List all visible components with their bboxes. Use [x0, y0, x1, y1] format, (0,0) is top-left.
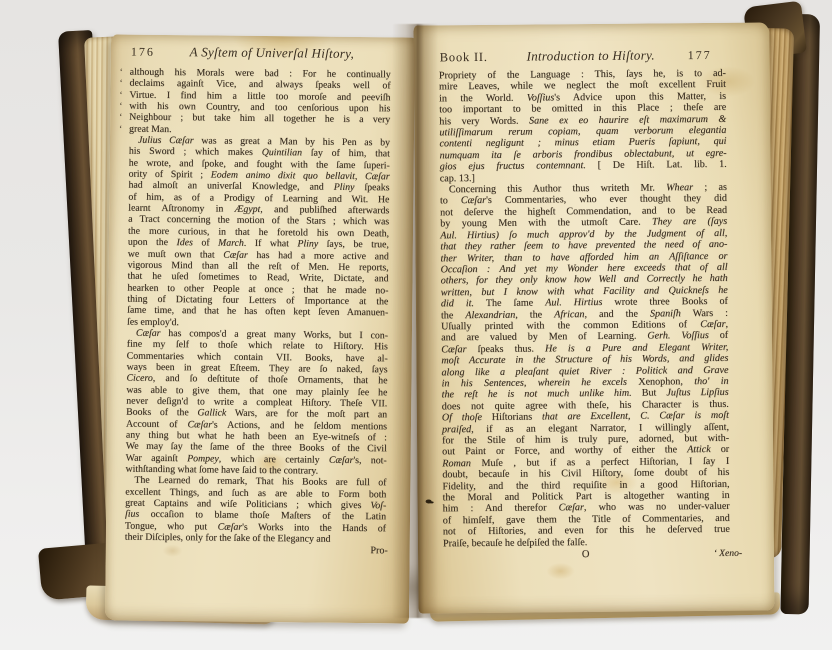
signature-row: O ‘ Xeno- [418, 548, 774, 563]
text-block-right: Propriety of the Language : This, ſays h… [414, 62, 774, 549]
quotation-mark: ‘ [119, 112, 122, 123]
paragraph: Concerning this Author thus writeth Mr. … [440, 182, 730, 549]
right-page-header: Book II. Introduction to Hiſtory. 177 [413, 22, 769, 65]
page-number-left: 176 [131, 45, 155, 60]
paragraph: Propriety of the Language : This, ſays h… [439, 68, 727, 185]
quotation-mark: ‘ [119, 89, 122, 100]
catchword-right: ‘ Xeno- [713, 548, 742, 559]
ink-blot [426, 499, 432, 503]
text-block-left: ‘although his Morals were bad : For he c… [106, 59, 415, 546]
quotation-mark: ‘ [119, 101, 122, 112]
signature-mark: O [582, 549, 590, 560]
quotation-mark: ‘ [120, 67, 123, 78]
quotation-mark: ‘ [120, 78, 123, 89]
paragraph: The Learned do remark, That his Books ar… [125, 475, 387, 546]
paragraph: Cæſar has compos'd a great many Works, b… [125, 328, 388, 478]
running-title-right: Introduction to Hiſtory. [494, 47, 688, 65]
quotation-mark: ‘ [119, 123, 122, 134]
running-title-left: A Syſtem of Univerſal Hiſtory, [155, 44, 389, 62]
right-page: Book II. Introduction to Hiſtory. 177 Pr… [413, 22, 774, 613]
left-page-header: 176 A Syſtem of Univerſal Hiſtory, [111, 34, 415, 62]
book-label: Book II. [440, 50, 488, 65]
left-page: 176 A Syſtem of Univerſal Hiſtory, ‘alth… [105, 34, 415, 623]
paragraph: ‘although his Morals were bad : For he c… [129, 67, 391, 138]
page-number-right: 177 [688, 48, 712, 63]
book-photo: 176 A Syſtem of Univerſal Hiſtory, ‘alth… [0, 0, 832, 650]
paragraph: Julius Cæſar was as great a Man by his P… [127, 135, 390, 331]
